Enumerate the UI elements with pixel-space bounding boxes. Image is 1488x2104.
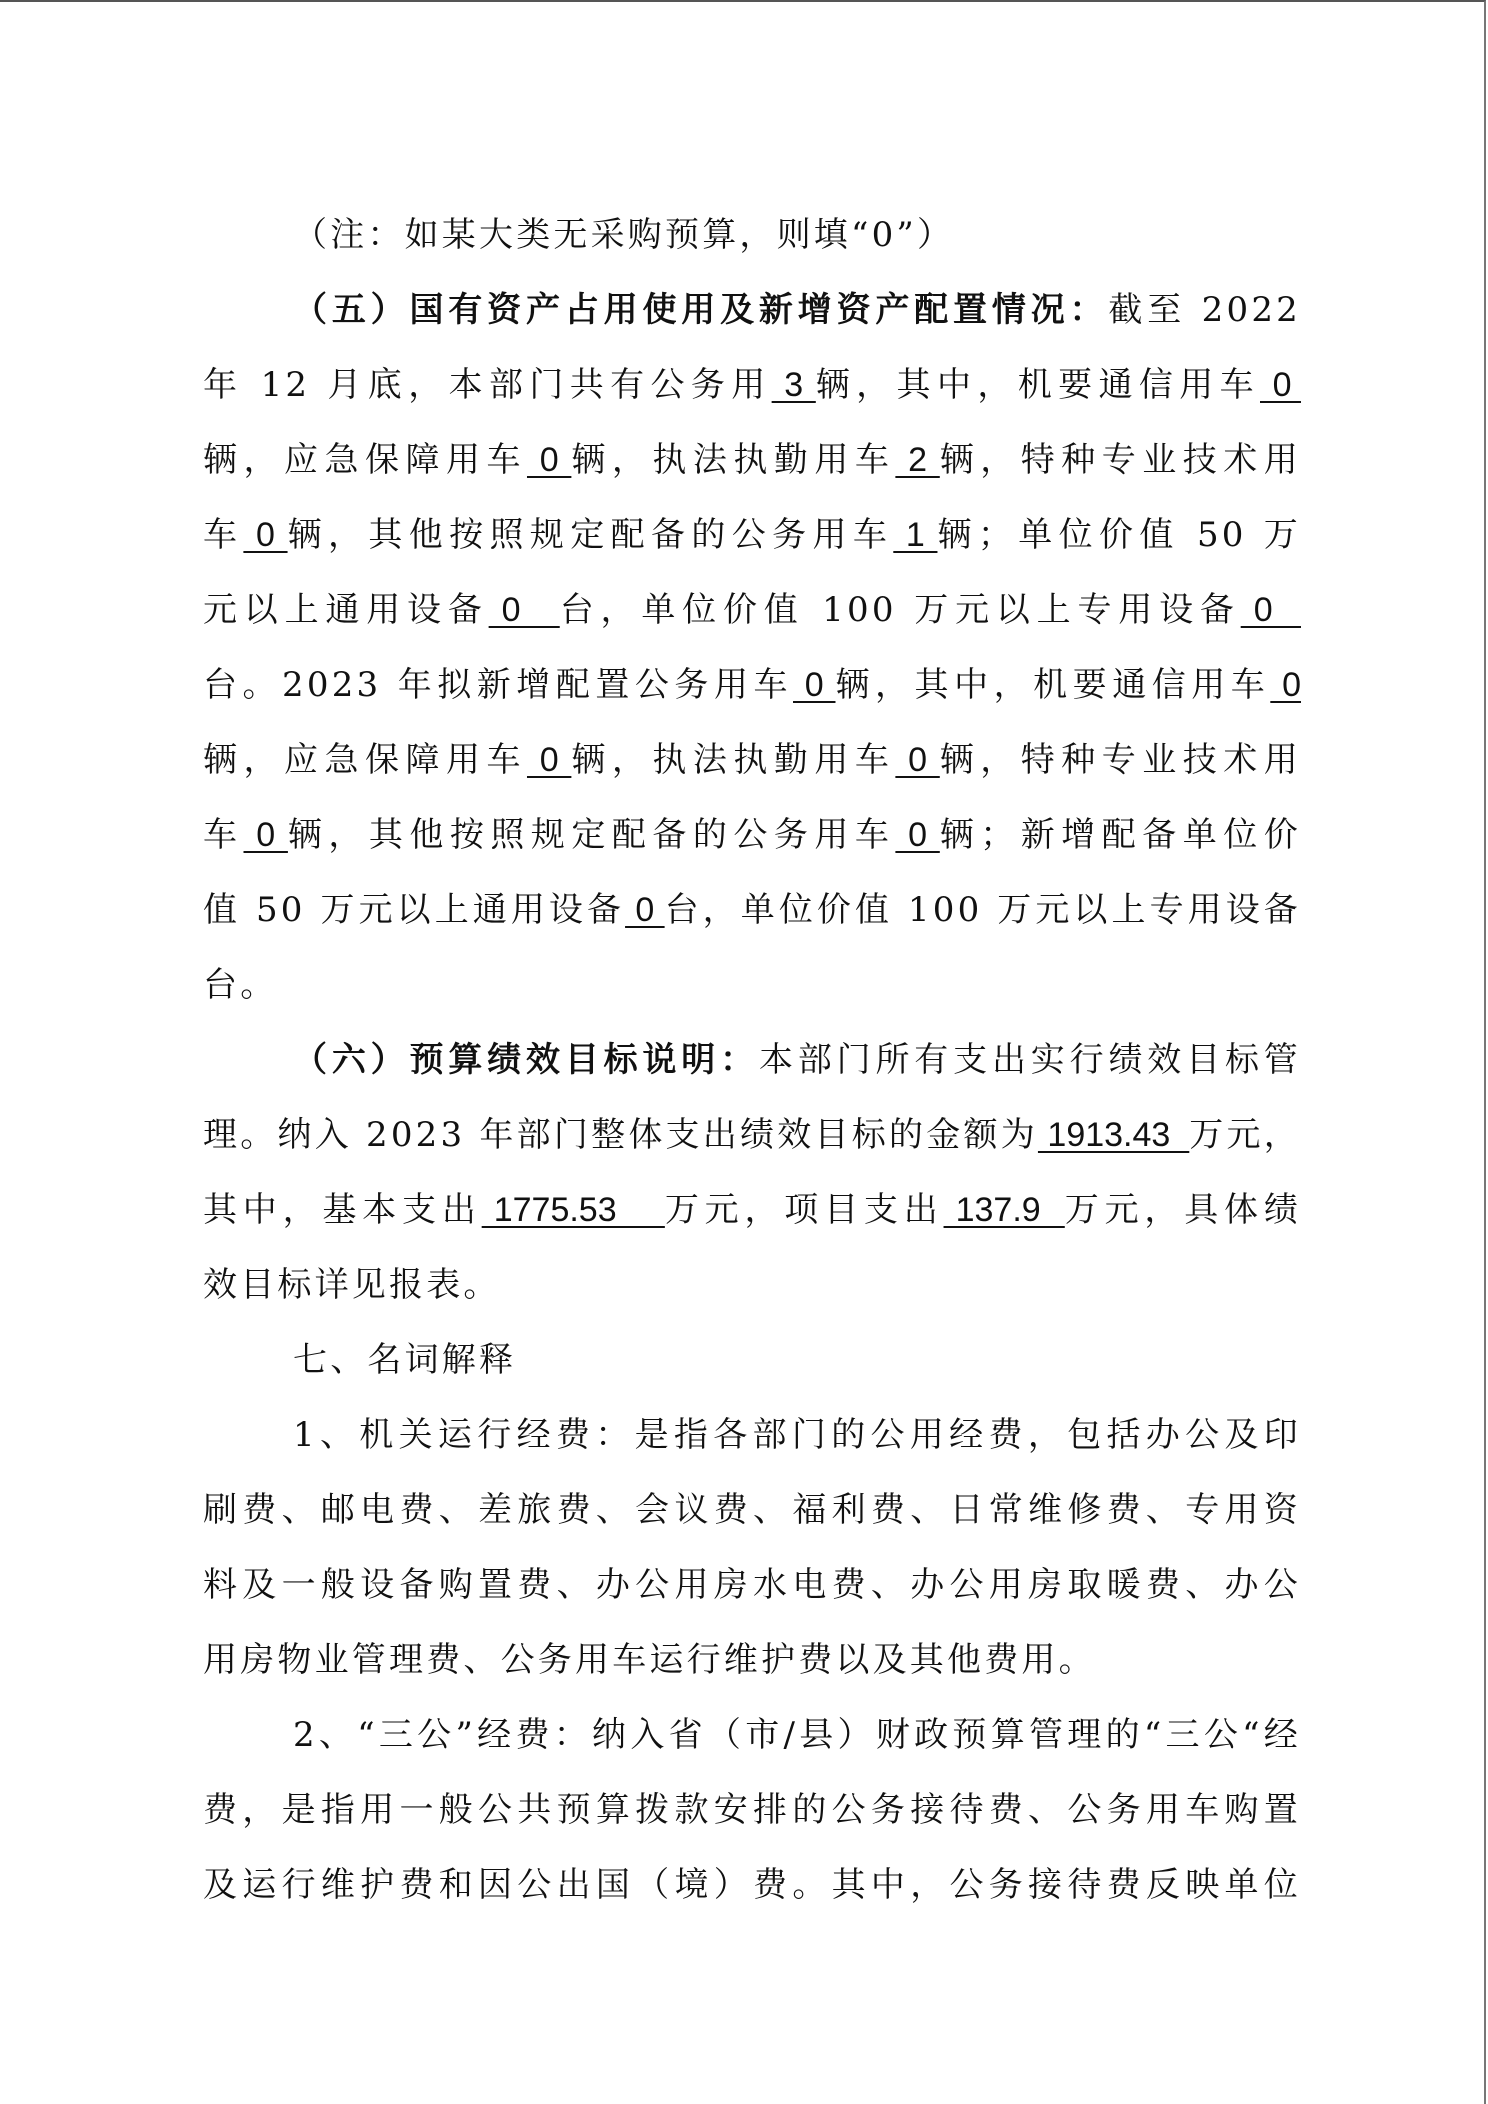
text-fragment: 车	[203, 815, 244, 855]
section6-heading: （六）预算绩效目标说明：	[293, 1040, 759, 1080]
text-fragment: 辆；单位价值 50 万	[937, 515, 1301, 555]
term1-line-3: 料及一般设备购置费、办公用房水电费、办公用房取暖费、办公	[203, 1548, 1301, 1623]
text-fragment: 辆，特种专业技术用	[940, 740, 1301, 780]
general-equipment-value: 0	[489, 591, 560, 629]
text-fragment: 费，是指用一般公共预算拨款安排的公务接待费、公务用车购置	[203, 1790, 1301, 1830]
section6-line-4: 效目标详见报表。	[203, 1248, 501, 1323]
term1-line-4: 用房物业管理费、公务用车运行维护费以及其他费用。	[203, 1623, 1096, 1698]
section5-line-6: 台。2023 年拟新增配置公务用车 0 辆，其中，机要通信用车 0	[203, 648, 1301, 723]
section5-line-5: 元以上通用设备 0 台，单位价值 100 万元以上专用设备 0	[203, 573, 1301, 648]
term1-line-2: 刷费、邮电费、差旅费、会议费、福利费、日常维修费、专用资	[203, 1473, 1301, 1548]
special-vehicles-value: 0	[243, 516, 287, 554]
text-fragment: 料及一般设备购置费、办公用房水电费、办公用房取暖费、办公	[203, 1565, 1301, 1605]
new-emergency-vehicles-value: 0	[527, 741, 571, 779]
text-fragment: 万元，具体绩	[1065, 1190, 1301, 1230]
text-fragment: 万元，	[1189, 1115, 1301, 1155]
new-law-enforcement-vehicles-value: 0	[895, 741, 939, 779]
text-fragment: 辆，其中，机要通信用车	[835, 665, 1270, 705]
text-fragment: 辆；新增配备单位价	[940, 815, 1301, 855]
text-fragment: 辆，应急保障用车	[203, 440, 527, 480]
section5-line-7: 辆，应急保障用车 0 辆，执法执勤用车 0 辆，特种专业技术用	[203, 723, 1301, 798]
text-fragment: 用房物业管理费、公务用车运行维护费以及其他费用。	[203, 1640, 1096, 1680]
project-expenditure-amount: 137.9	[944, 1191, 1065, 1229]
text-fragment: 其中，基本支出	[203, 1190, 482, 1230]
new-other-vehicles-value: 0	[895, 816, 939, 854]
section5-line-3: 辆，应急保障用车 0 辆，执法执勤用车 2 辆，特种专业技术用	[203, 423, 1301, 498]
text-fragment: 辆，其他按照规定配备的公务用车	[288, 815, 895, 855]
text-fragment: 理。纳入 2023 年部门整体支出绩效目标的金额为	[203, 1115, 1038, 1155]
text-fragment: 年 12 月底，本部门共有公务用	[203, 365, 772, 405]
other-vehicles-value: 1	[893, 516, 937, 554]
section6-text: 本部门所有支出实行绩效目标管	[759, 1040, 1301, 1080]
text-fragment: 辆，应急保障用车	[203, 740, 527, 780]
text-fragment: 台。	[203, 965, 277, 1005]
new-confidential-vehicles-value: 0	[1270, 666, 1301, 704]
section6-heading-line: （六）预算绩效目标说明：本部门所有支出实行绩效目标管	[293, 1023, 1301, 1098]
section5-heading-line: （五）国有资产占用使用及新增资产配置情况：截至 2022	[293, 273, 1301, 348]
text-fragment: 台，单位价值 100 万元以上专用设备	[560, 590, 1241, 630]
section5-heading: （五）国有资产占用使用及新增资产配置情况：	[293, 290, 1108, 330]
text-fragment: 辆，其他按照规定配备的公务用车	[288, 515, 894, 555]
section7-heading: 七、名词解释	[293, 1323, 516, 1398]
text-fragment: 1、机关运行经费：是指各部门的公用经费，包括办公及印	[293, 1415, 1301, 1455]
term2-line-2: 费，是指用一般公共预算拨款安排的公务接待费、公务用车购置	[203, 1773, 1301, 1848]
section5-line-10: 台。	[203, 948, 277, 1023]
text-fragment: 值 50 万元以上通用设备	[203, 890, 625, 930]
text-fragment: 车	[203, 515, 243, 555]
new-special-vehicles-value: 0	[244, 816, 288, 854]
text-fragment: 效目标详见报表。	[203, 1265, 501, 1305]
text-fragment: 辆，执法执勤用车	[571, 740, 895, 780]
text-fragment: 及运行维护费和因公出国（境）费。其中，公务接待费反映单位	[203, 1865, 1301, 1905]
procurement-note: （注：如某大类无采购预算，则填“0”）	[293, 198, 954, 273]
special-equipment-value: 0	[1241, 591, 1301, 629]
note-text: （注：如某大类无采购预算，则填“0”）	[293, 215, 954, 255]
term2-line-1: 2、“三公”经费：纳入省（市/县）财政预算管理的“三公“经	[293, 1698, 1301, 1773]
section6-line-2: 理。纳入 2023 年部门整体支出绩效目标的金额为 1913.43 万元，	[203, 1098, 1301, 1173]
text-fragment: 辆，执法执勤用车	[571, 440, 895, 480]
text-fragment: 台。2023 年拟新增配置公务用车	[203, 665, 793, 705]
section5-line-8: 车 0 辆，其他按照规定配备的公务用车 0 辆；新增配备单位价	[203, 798, 1301, 873]
emergency-vehicles-value: 0	[527, 441, 571, 479]
text-fragment: 2、“三公”经费：纳入省（市/县）财政预算管理的“三公“经	[293, 1715, 1301, 1755]
term2-line-3: 及运行维护费和因公出国（境）费。其中，公务接待费反映单位	[203, 1848, 1301, 1923]
basic-expenditure-amount: 1775.53	[482, 1191, 665, 1229]
text-fragment: 辆，其中，机要通信用车	[816, 365, 1260, 405]
section5-line-9: 值 50 万元以上通用设备 0 台，单位价值 100 万元以上专用设备	[203, 873, 1301, 948]
text-fragment: 台，单位价值 100 万元以上专用设备	[665, 890, 1301, 930]
text-fragment: 元以上通用设备	[203, 590, 489, 630]
law-enforcement-vehicles-value: 2	[895, 441, 939, 479]
section5-line-2: 年 12 月底，本部门共有公务用 3 辆，其中，机要通信用车 0	[203, 348, 1301, 423]
document-page: （注：如某大类无采购预算，则填“0”） （五）国有资产占用使用及新增资产配置情况…	[0, 0, 1486, 2104]
text-fragment: 辆，特种专业技术用	[940, 440, 1301, 480]
text-fragment: 刷费、邮电费、差旅费、会议费、福利费、日常维修费、专用资	[203, 1490, 1301, 1530]
new-general-equipment-value: 0	[625, 891, 665, 929]
confidential-vehicles-value: 0	[1260, 366, 1301, 404]
text-fragment: 万元，项目支出	[665, 1190, 944, 1230]
total-vehicles-value: 3	[772, 366, 816, 404]
section5-line-4: 车 0 辆，其他按照规定配备的公务用车 1 辆；单位价值 50 万	[203, 498, 1301, 573]
section7-heading-text: 七、名词解释	[293, 1340, 516, 1380]
new-vehicles-value: 0	[793, 666, 835, 704]
total-performance-amount: 1913.43	[1038, 1116, 1189, 1154]
term1-line-1: 1、机关运行经费：是指各部门的公用经费，包括办公及印	[293, 1398, 1301, 1473]
section5-text: 截至 2022	[1108, 290, 1301, 330]
section6-line-3: 其中，基本支出 1775.53 万元，项目支出 137.9 万元，具体绩	[203, 1173, 1301, 1248]
